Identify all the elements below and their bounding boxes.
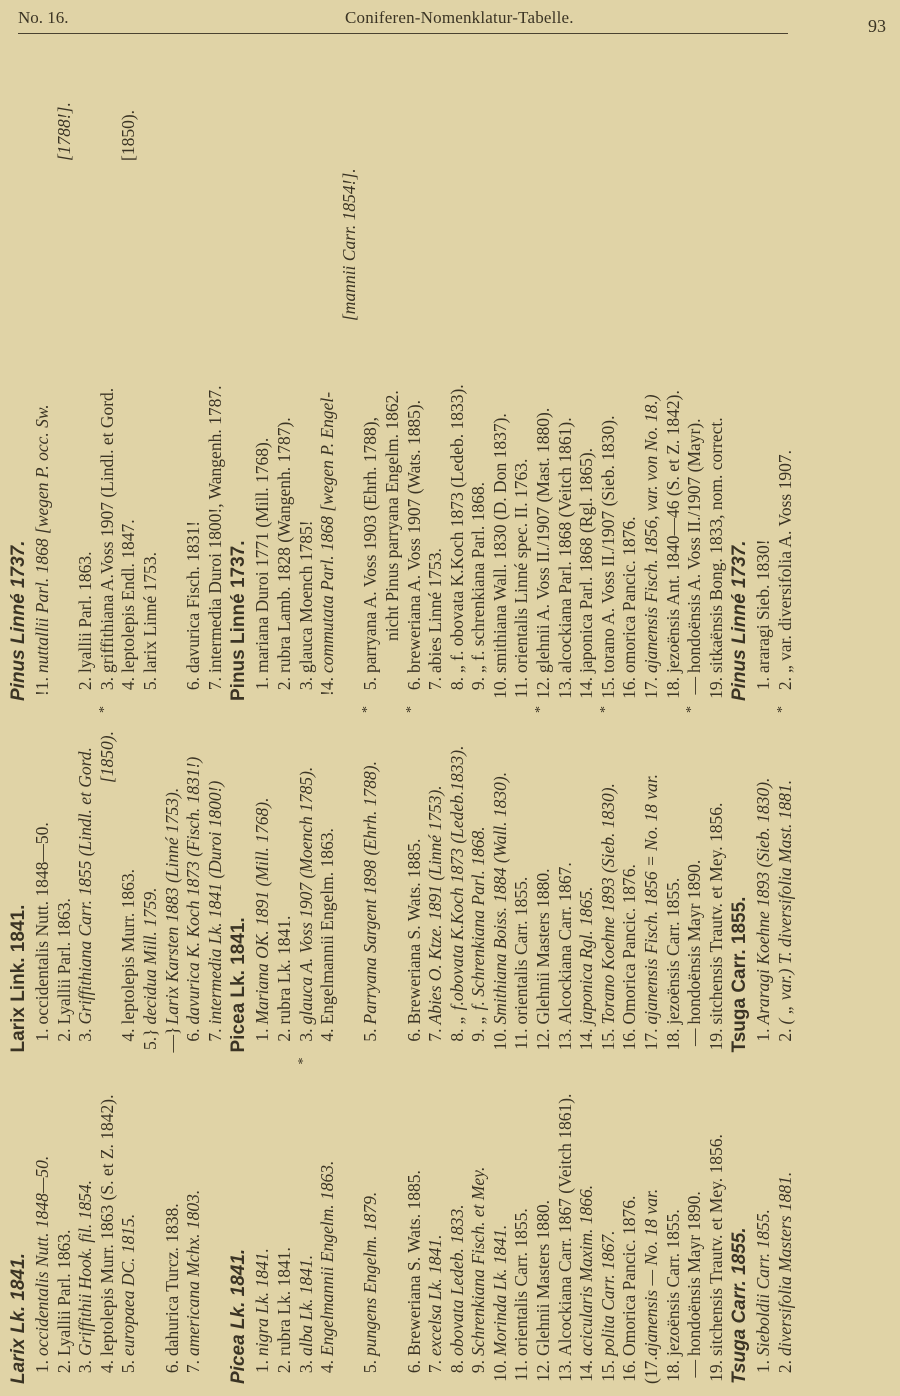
list-item: 3.alba Lk. 1841. [296, 1053, 318, 1385]
list-item: 9.„ f. Schrenkiana Parl. 1868. [468, 721, 490, 1053]
list-item: 12.Glehnii Masters 1880. [533, 1053, 555, 1385]
list-item: 2.rubra Lk. 1841. [274, 1053, 296, 1385]
list-item: 4.Engelmannii Engelm. 1863. [317, 721, 339, 1053]
genus-heading: Pinus Linné 1737. [729, 46, 751, 701]
list-item: 3.Griffithiana Carr. 1855 (Lindl. et Gor… [75, 721, 97, 1053]
list-item: 19.sitchensis Trautv. et Mey. 1856. [706, 1053, 728, 1385]
list-item: [1788!]. [54, 46, 76, 701]
list-item: 9.Schrenkiana Fisch. et Mey. [468, 1053, 490, 1385]
list-item: 2.( „ var.) T. diversifolia Mast. 1881. [775, 721, 797, 1053]
list-item: —hondoënsis Mayr 1890. [684, 1053, 706, 1385]
list-item: 3.Griffithii Hook. fil. 1854. [75, 1053, 97, 1385]
list-item: 12.Glehnii Masters 1880. [533, 721, 555, 1053]
page-title: Coniferen-Nomenklatur-Tabelle. [345, 8, 574, 28]
list-item: 5.}decidua Mill. 1759. [140, 721, 162, 1053]
list-item: 7.americana Mchx. 1803. [183, 1053, 205, 1385]
list-item: 3.glauca Moench 1785! [296, 46, 318, 701]
list-item: 11.orientalis Linné spec. II. 1763. [511, 46, 533, 701]
list-item: 6.Breweriana S. Wats. 1885. [404, 1053, 426, 1385]
list-item: 7.intermedia Duroi 1800!, Wangenh. 1787. [205, 46, 227, 701]
list-item: 1.araragi Sieb. 1830! [753, 46, 775, 701]
list-item: *2.„ var. diversifolia A. Voss 1907. [775, 46, 797, 701]
list-item: 19.sitchensis Trautv. et Mey. 1856. [706, 721, 728, 1053]
list-item: 6.dahurica Turcz. 1838. [162, 1053, 184, 1385]
list-item: 1.Araragi Koehne 1893 (Sieb. 1830). [753, 721, 775, 1053]
list-item: 16.Omorica Pancic. 1876. [619, 1053, 641, 1385]
list-item: *3.griffithiana A.Voss 1907 (Lindl. et G… [97, 46, 119, 701]
list-item: 18.jezoënsis Carr. 1855. [663, 1053, 685, 1385]
list-item: 2.Lyallii Parl. 1863. [54, 1053, 76, 1385]
issue-number: No. 16. [18, 8, 69, 28]
list-item: 8.obovata Ledeb. 1833. [447, 1053, 469, 1385]
picea-lk-block-b: Picea Lk. 1841. 1.Mariana OK. 1891 (Mill… [226, 721, 727, 1053]
genus-heading: Pinus Linné 1737. [228, 46, 250, 701]
genus-heading: Pinus Linné 1737. [8, 46, 30, 701]
list-item: 9.„ f. schrenkiana Parl. 1868. [468, 46, 490, 701]
list-item: 13.alcockiana Parl. 1868 (Veitch 1861). [555, 46, 577, 701]
list-item: 1.nigra Lk. 1841. [252, 1053, 274, 1385]
genus-heading: Picea Lk. 1841. [228, 721, 250, 1053]
genus-heading: Tsuga Carr. 1855. [729, 1053, 751, 1385]
genus-heading: Larix Link. 1841. [8, 721, 30, 1053]
list-item: 2.diversifolia Masters 1881. [775, 1053, 797, 1385]
list-item: 4.leptolepis Endl. 1847.[1850). [118, 46, 140, 701]
list-item: 5.europaea DC. 1815. [118, 1053, 140, 1385]
list-item: 1.Mariana OK. 1891 (Mill. 1768). [252, 721, 274, 1053]
list-item: 15.polita Carr. 1867. [598, 1053, 620, 1385]
list-item: !4.commutata Parl. 1868 [wegen P. Engel- [317, 46, 339, 701]
list-item: 10.Morinda Lk. 1841. [490, 1053, 512, 1385]
list-item: 17.ajanensis Fisch. 1856 = No. 18 var. [641, 721, 663, 1053]
list-item: 14.japonica Rgl. 1865. [576, 721, 598, 1053]
genus-heading: Tsuga Carr. 1855. [729, 721, 751, 1053]
tsuga-block-a: Tsuga Carr. 1855. 1.Sieboldii Carr. 1855… [727, 1053, 796, 1385]
list-item: 1.occidentalis Nutt. 1848—50. [32, 721, 54, 1053]
column-synonyms: Larix Lk. 1841. 1.occidentalis Nutt. 184… [6, 715, 896, 1390]
list-item: 8.„ f. obovata K.Koch 1873 (Ledeb. 1833)… [447, 46, 469, 701]
rotated-table-body: Larix Lk. 1841. 1.occidentalis Nutt. 184… [6, 40, 896, 1390]
list-item: *3.glauca A. Voss 1907 (Moench 1785). [296, 721, 318, 1053]
list-item: 7.abies Linné 1753. [425, 46, 447, 701]
list-item: 14.acicularis Maxim. 1866. [576, 1053, 598, 1385]
list-item: 6.davurica K. Koch 1873 (Fisch. 1831!) [183, 721, 205, 1053]
list-item: 7.Abies O. Ktze. 1891 (Linné 1753). [425, 721, 447, 1053]
list-item: 10.Smithiana Boiss. 1884 (Wall. 1830). [490, 721, 512, 1053]
tsuga-block-b: Tsuga Carr. 1855. 1.Araragi Koehne 1893 … [727, 721, 796, 1053]
pinus-block-3: Pinus Linné 1737. 1.araragi Sieb. 1830! … [729, 46, 796, 701]
pinus-block-1: Pinus Linné 1737. !1.nuttallii Parl. 186… [8, 46, 226, 701]
list-item: 5.larix Linné 1753. [140, 46, 162, 701]
list-item: 7.intermedia Lk. 1841 (Duroi 1800!) [205, 721, 227, 1053]
list-item: 7.excelsa Lk. 1841. [425, 1053, 447, 1385]
header-rule [18, 33, 788, 34]
list-item: 2.lyallii Parl. 1863. [75, 46, 97, 701]
list-item: 4.leptolepis Murr. 1863 (S. et Z. 1842). [97, 1053, 119, 1385]
list-item: 1.Sieboldii Carr. 1855. [753, 1053, 775, 1385]
list-item: 5.Parryana Sargent 1898 (Ehrh. 1788). [360, 721, 382, 1053]
list-item: 2.rubra Lk. 1841. [274, 721, 296, 1053]
list-item: 19.sitkaënsis Bong. 1833, nom. correct. [706, 46, 728, 701]
list-item: 6.davurica Fisch. 1831! [183, 46, 205, 701]
list-item: *12.glehnii A. Voss II./1907 (Mast. 1880… [533, 46, 555, 701]
list-item: 16.Omorica Pancic. 1876. [619, 721, 641, 1053]
genus-heading: Picea Lk. 1841. [228, 1053, 250, 1385]
list-item: *6.breweriana A. Voss 1907 (Wats. 1885). [404, 46, 426, 701]
list-item: [mannii Carr. 1854!]. [339, 46, 361, 701]
genus-heading: Larix Lk. 1841. [8, 1053, 30, 1385]
list-item: *—hondoënsis A. Voss II./1907 (Mayr). [684, 46, 706, 701]
list-item: 2.rubra Lamb. 1828 (Wangenh. 1787). [274, 46, 296, 701]
column-pinus: Pinus Linné 1737. !1.nuttallii Parl. 186… [6, 40, 896, 715]
list-item: (17.ajanensis — No. 18 var. [641, 1053, 663, 1385]
list-item: 17.ajanensis Fisch. 1856, var. von No. 1… [641, 46, 663, 701]
list-item: 4.Engelmannii Engelm. 1863. [317, 1053, 339, 1385]
list-item: 11.orientalis Carr. 1855. [511, 721, 533, 1053]
list-item: nicht Pinus parryana Engelm. 1862. [382, 46, 404, 701]
list-item: 4.leptolepis Murr. 1863. [118, 721, 140, 1053]
list-item: 6.Breweriana S. Wats. 1885. [404, 721, 426, 1053]
page-number: 93 [868, 16, 886, 37]
list-item: *15.torano A. Voss II./1907 (Sieb. 1830)… [598, 46, 620, 701]
pinus-block-2: Pinus Linné 1737. 1.mariana Duroi 1771 (… [228, 46, 727, 701]
list-item: 18.jezoënsis Ant. 1840—46 (S. et Z. 1842… [663, 46, 685, 701]
list-item: 13.Alcockiana Carr. 1867. [555, 721, 577, 1053]
list-item: 13.Alcockiana Carr. 1867 (Veitch 1861). [555, 1053, 577, 1385]
list-item: !1.nuttallii Parl. 1868 [wegen P. occ. S… [32, 46, 54, 701]
list-item: 1.mariana Duroi 1771 (Mill. 1768). [252, 46, 274, 701]
picea-lk-block: Picea Lk. 1841. 1.nigra Lk. 1841. 2.rubr… [226, 1053, 727, 1385]
list-item: 16.omorica Pancic. 1876. [619, 46, 641, 701]
list-item: [1850). [97, 721, 119, 1053]
larix-link-block: Larix Link. 1841. 1.occidentalis Nutt. 1… [6, 721, 226, 1053]
list-item: 2.Lyallii Parl. 1863. [54, 721, 76, 1053]
list-item: —}Larix Karsten 1883 (Linné 1753). [162, 721, 184, 1053]
list-item: 15.Torano Koehne 1893 (Sieb. 1830). [598, 721, 620, 1053]
running-head: No. 16. Coniferen-Nomenklatur-Tabelle. 9… [0, 0, 900, 40]
list-item: 18.jezoënsis Carr. 1855. [663, 721, 685, 1053]
list-item: —hondoënsis Mayr 1890. [684, 721, 706, 1053]
list-item: 14.japonica Parl. 1868 (Rgl. 1865). [576, 46, 598, 701]
list-item: 1.occidentalis Nutt. 1848—50. [32, 1053, 54, 1385]
list-item: 11.orientalis Carr. 1855. [511, 1053, 533, 1385]
list-item: 8.„ f.obovata K.Koch 1873 (Ledeb.1833). [447, 721, 469, 1053]
larix-lk-block: Larix Lk. 1841. 1.occidentalis Nutt. 184… [6, 1053, 226, 1385]
list-item: 5.pungens Engelm. 1879. [360, 1053, 382, 1385]
list-item: *5.parryana A. Voss 1903 (Ehrh. 1788), [360, 46, 382, 701]
list-item: 10.smithiana Wall. 1830 (D. Don 1837). [490, 46, 512, 701]
